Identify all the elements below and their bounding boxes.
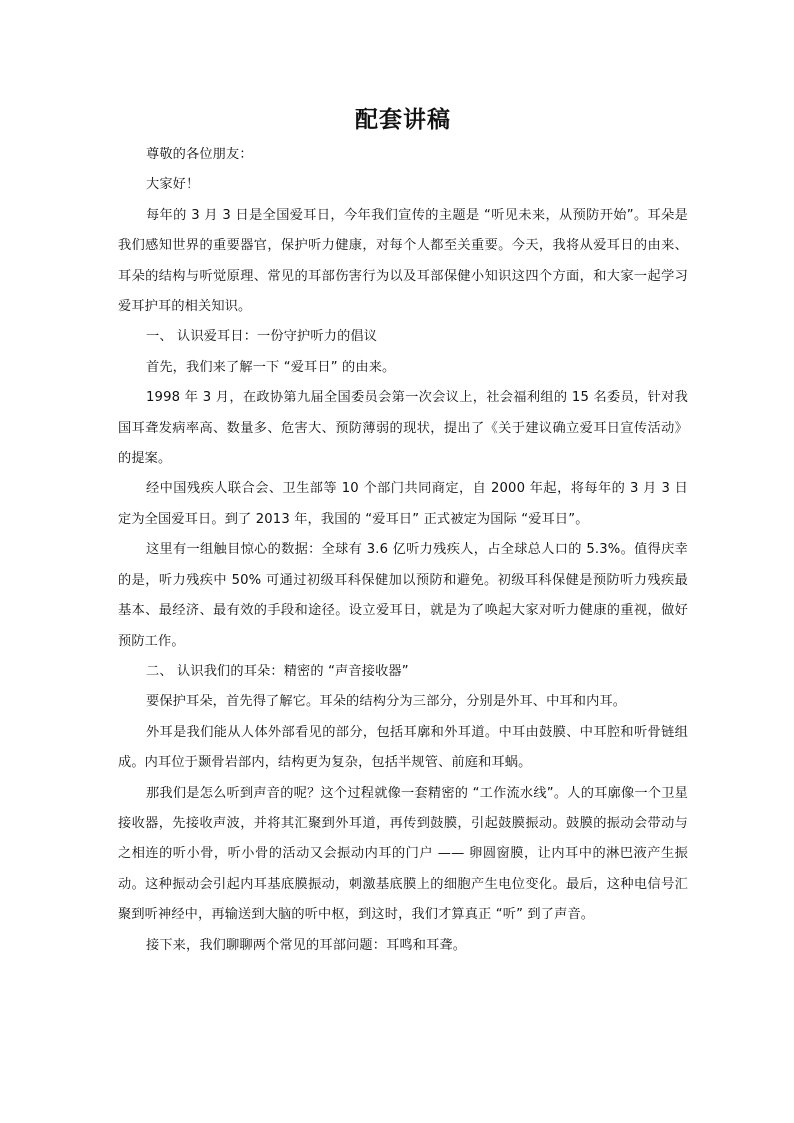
paragraph: 要保护耳朵，首先得了解它。耳朵的结构分为三部分，分别是外耳、中耳和内耳。 [118,687,688,717]
paragraph: 1998 年 3 月，在政协第九届全国委员会第一次会议上，社会福利组的 15 名… [118,383,688,474]
section-heading-1: 一、 认识爱耳日：一份守护听力的倡议 [118,322,688,352]
intro-paragraph: 每年的 3 月 3 日是全国爱耳日，今年我们宣传的主题是 “听见未来，从预防开始… [118,201,688,323]
paragraph: 接下来，我们聊聊两个常见的耳部问题：耳鸣和耳聋。 [118,931,688,961]
paragraph: 首先，我们来了解一下 “爱耳日” 的由来。 [118,353,688,383]
document-title: 配套讲稿 [118,100,688,140]
section-heading-2: 二、 认识我们的耳朵：精密的 “声音接收器” [118,657,688,687]
salutation: 尊敬的各位朋友： [118,140,688,170]
paragraph: 经中国残疾人联合会、卫生部等 10 个部门共同商定，自 2000 年起，将每年的… [118,474,688,535]
paragraph: 这里有一组触目惊心的数据：全球有 3.6 亿听力残疾人，占全球总人口的 5.3%… [118,535,688,657]
paragraph: 外耳是我们能从人体外部看见的部分，包括耳廓和外耳道。中耳由鼓膜、中耳腔和听骨链组… [118,718,688,779]
paragraph: 那我们是怎么听到声音的呢？这个过程就像一套精密的 “工作流水线”。人的耳廓像一个… [118,779,688,931]
greeting: 大家好！ [118,170,688,200]
document-page: 配套讲稿 尊敬的各位朋友： 大家好！ 每年的 3 月 3 日是全国爱耳日，今年我… [118,100,688,961]
